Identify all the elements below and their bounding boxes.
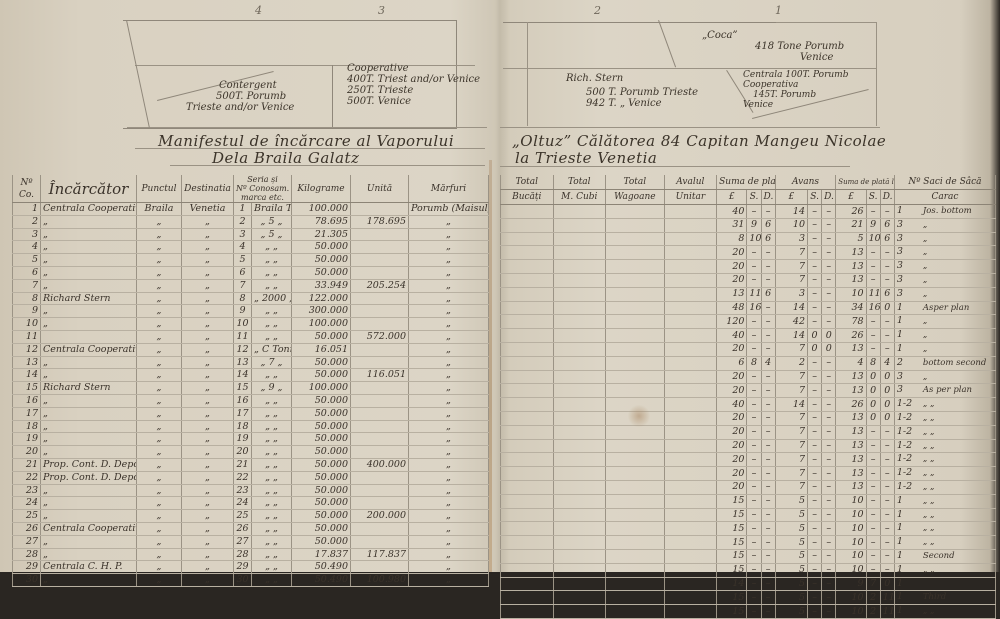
cell-shipper: „ — [41, 369, 137, 382]
cell-total — [351, 433, 409, 446]
cell-empty — [553, 356, 606, 370]
sacks-note: „ „ — [923, 523, 935, 533]
cell-a_d: 0 — [822, 329, 836, 343]
ledger-row: 11„„11„ „50.000572.000„ — [13, 330, 489, 343]
cell-f_l: 20 — [717, 384, 747, 398]
cell-sacks-note: 1-2„ „ — [894, 398, 995, 412]
cell-a_d: – — [822, 398, 836, 412]
cell-conos: 22 — [234, 471, 252, 484]
sacks-note: „ „ — [923, 537, 935, 547]
cell-sacks-note: 2bottom second — [894, 356, 995, 370]
cell-dest: „ — [182, 279, 234, 292]
cell-f_s: – — [747, 398, 761, 412]
cell-f_d: – — [761, 315, 775, 329]
cell-a_s: – — [808, 453, 822, 467]
ledger-row: 20––70013––1„ — [501, 342, 996, 356]
cell-b_l: 13 — [836, 370, 866, 384]
ledger-row: 15––5––10––1„ „ — [501, 536, 996, 550]
cell-f_s: – — [747, 205, 761, 219]
cell-dest: „ — [182, 228, 234, 241]
cell-dest: „ — [182, 420, 234, 433]
cell-a_s: 0 — [808, 342, 822, 356]
cell-mark: „ „ — [252, 535, 292, 548]
cell-empty — [501, 246, 554, 260]
cell-port: „ — [137, 484, 182, 497]
cell-empty — [501, 522, 554, 536]
cell-shipper: „ — [41, 356, 137, 369]
cell-a_s: – — [808, 563, 822, 572]
cell-f_d: – — [761, 549, 775, 563]
cell-nr: 9 — [13, 305, 41, 318]
cell-nr: 26 — [13, 522, 41, 535]
cell-f_s: – — [747, 549, 761, 563]
cell-kg: 50.000 — [292, 433, 351, 446]
cell-kg: 122.000 — [292, 292, 351, 305]
cell-empty — [501, 218, 554, 232]
col-total-pieces-header: Total — [501, 175, 554, 190]
cell-b_d: – — [880, 315, 894, 329]
cell-shipper: „ — [41, 318, 137, 331]
hold-1-top-cargo: 418 Tone Porumb Venice — [755, 41, 844, 63]
ledger-row: 15––5––10––1„ „ — [501, 563, 996, 572]
ledger-row: 20––7––13––3„ — [501, 260, 996, 274]
cell-empty — [553, 246, 606, 260]
cell-b_s: – — [866, 342, 880, 356]
cell-nr: 5 — [13, 254, 41, 267]
cell-total — [351, 471, 409, 484]
cell-f_d: – — [761, 329, 775, 343]
cell-empty — [553, 522, 606, 536]
cell-a_l: 7 — [775, 273, 807, 287]
cell-empty — [606, 342, 665, 356]
ledger-row: 1Centrala CooperativaBrailaVenetia1Brail… — [13, 203, 489, 216]
cell-empty — [553, 398, 606, 412]
cell-b_s: – — [866, 205, 880, 219]
cell-b_s: – — [866, 467, 880, 481]
cell-dest: „ — [182, 561, 234, 572]
cell-port: „ — [137, 458, 182, 471]
cell-total — [351, 228, 409, 241]
cell-f_l: 20 — [717, 425, 747, 439]
cell-sacks-note: 3„ — [894, 287, 995, 301]
col-units-header: Unită — [351, 175, 409, 203]
cell-empty — [664, 467, 717, 481]
cell-nr: 8 — [13, 292, 41, 305]
cell-dest: „ — [182, 356, 234, 369]
cell-empty — [553, 411, 606, 425]
cell-b_l: 13 — [836, 439, 866, 453]
hold-number-2: 2 — [594, 4, 601, 17]
cell-f_l: 15 — [717, 563, 747, 572]
cell-conos: 7 — [234, 279, 252, 292]
sacks-count: 3 — [897, 246, 923, 258]
sacks-count: 1 — [897, 315, 923, 327]
cell-empty — [664, 273, 717, 287]
cell-total — [351, 561, 409, 572]
cell-port: „ — [137, 471, 182, 484]
cell-port: „ — [137, 241, 182, 254]
cell-sacks-note: 1Jos. bottom — [894, 205, 995, 219]
cell-f_d: – — [761, 246, 775, 260]
cell-a_d: – — [822, 522, 836, 536]
cell-empty — [501, 329, 554, 343]
cell-mark: „ „ — [252, 330, 292, 343]
cell-total — [351, 254, 409, 267]
sacks-note: „ „ — [923, 441, 935, 451]
cell-empty — [501, 384, 554, 398]
cell-nr: 2 — [13, 215, 41, 228]
cell-total — [351, 241, 409, 254]
cell-mark: Braila Tonne — [252, 203, 292, 216]
cell-nr: 12 — [13, 343, 41, 356]
cell-empty — [664, 205, 717, 219]
cell-empty — [664, 494, 717, 508]
cell-a_s: – — [808, 425, 822, 439]
cell-empty — [664, 522, 717, 536]
cell-f_s: – — [747, 467, 761, 481]
cell-kg: 50.000 — [292, 394, 351, 407]
cell-mark: „ „ — [252, 369, 292, 382]
cell-empty — [501, 370, 554, 384]
cell-goods: „ — [409, 394, 489, 407]
cell-a_d: – — [822, 232, 836, 246]
cell-b_l: 10 — [836, 287, 866, 301]
cell-a_l: 5 — [775, 494, 807, 508]
cell-mark: „ „ — [252, 254, 292, 267]
cell-empty — [664, 301, 717, 315]
cell-b_d: – — [880, 260, 894, 274]
cell-a_d: – — [822, 549, 836, 563]
cell-empty — [501, 342, 554, 356]
cell-b_s: – — [866, 273, 880, 287]
cell-a_s: – — [808, 536, 822, 550]
cell-empty — [606, 205, 665, 219]
cell-sacks-note: 1„ — [894, 315, 995, 329]
cell-empty — [553, 232, 606, 246]
cell-goods: „ — [409, 254, 489, 267]
cell-dest: „ — [182, 318, 234, 331]
cell-b_l: 5 — [836, 232, 866, 246]
cell-a_s: – — [808, 218, 822, 232]
cell-f_l: 20 — [717, 480, 747, 494]
cell-a_s: – — [808, 439, 822, 453]
cell-sacks-note: 3„ — [894, 273, 995, 287]
sacks-count: 3 — [897, 260, 923, 272]
cell-mark: „ „ — [252, 446, 292, 459]
paper-stain — [628, 404, 650, 428]
cell-port: „ — [137, 292, 182, 305]
cell-f_l: 15 — [717, 508, 747, 522]
ledger-row: 319610––21963„ — [501, 218, 996, 232]
cell-a_s: – — [808, 384, 822, 398]
cell-empty — [664, 287, 717, 301]
cell-total — [351, 522, 409, 535]
cell-b_l: 13 — [836, 480, 866, 494]
cell-empty — [501, 536, 554, 550]
cell-f_d: – — [761, 508, 775, 522]
cell-a_l: 5 — [775, 508, 807, 522]
cell-b_d: 6 — [880, 232, 894, 246]
cell-b_d: – — [880, 273, 894, 287]
cell-b_d: 0 — [880, 301, 894, 315]
ledger-row: 12Centrala Cooperativa„„12„ C Tonne16.05… — [13, 343, 489, 356]
cell-a_l: 7 — [775, 411, 807, 425]
cell-sacks-note: 1-2„ „ — [894, 453, 995, 467]
cell-goods: „ — [409, 369, 489, 382]
cell-total — [351, 343, 409, 356]
cell-conos: 13 — [234, 356, 252, 369]
cell-empty — [553, 467, 606, 481]
cell-a_d: – — [822, 411, 836, 425]
cell-a_d: – — [822, 315, 836, 329]
cell-a_l: 7 — [775, 467, 807, 481]
cell-conos: 24 — [234, 497, 252, 510]
cell-nr: 27 — [13, 535, 41, 548]
cell-f_d: – — [761, 342, 775, 356]
cell-b_l: 10 — [836, 549, 866, 563]
ledger-row: 15Richard Stern„„15„ 9 „100.000„ — [13, 382, 489, 395]
cell-shipper: „ — [41, 254, 137, 267]
ledger-row: 20––7––13––3„ — [501, 246, 996, 260]
cell-a_l: 5 — [775, 536, 807, 550]
cell-kg: 50.490 — [292, 561, 351, 572]
cell-empty — [501, 453, 554, 467]
cell-shipper: „ — [41, 228, 137, 241]
cell-empty — [606, 301, 665, 315]
cell-f_l: 31 — [717, 218, 747, 232]
cell-port: „ — [137, 254, 182, 267]
cell-b_s: – — [866, 549, 880, 563]
cell-empty — [664, 384, 717, 398]
cell-f_l: 15 — [717, 522, 747, 536]
ledger-row: 13„„„13„ 7 „50.000„ — [13, 356, 489, 369]
cell-empty — [606, 453, 665, 467]
cell-sacks-note: 1„ „ — [894, 522, 995, 536]
cell-b_s: – — [866, 425, 880, 439]
ledger-row: 131163––101163„ — [501, 287, 996, 301]
cell-dest: „ — [182, 446, 234, 459]
cell-f_s: 16 — [747, 301, 761, 315]
cell-conos: 1 — [234, 203, 252, 216]
cell-f_d: 6 — [761, 287, 775, 301]
cell-goods: „ — [409, 510, 489, 523]
cell-shipper: „ — [41, 266, 137, 279]
cell-total — [351, 356, 409, 369]
cell-sacks-note: 3„ — [894, 232, 995, 246]
sacks-count: 3 — [897, 233, 923, 245]
cell-nr: 10 — [13, 318, 41, 331]
cell-dest: „ — [182, 254, 234, 267]
sacks-count: 3 — [897, 371, 923, 383]
ledger-row: 8Richard Stern„„8„ 2000 „122.000„ — [13, 292, 489, 305]
cell-a_l: 7 — [775, 425, 807, 439]
sacks-count: 2 — [897, 357, 923, 369]
cell-f_l: 48 — [717, 301, 747, 315]
cell-sacks-note: 1-2„ „ — [894, 480, 995, 494]
cell-b_d: 0 — [880, 411, 894, 425]
cell-a_l: 14 — [775, 329, 807, 343]
cell-empty — [664, 370, 717, 384]
cell-empty — [606, 273, 665, 287]
cell-empty — [664, 246, 717, 260]
cell-b_l: 10 — [836, 508, 866, 522]
col-nr-header: NºCo. — [13, 175, 41, 203]
sacks-note: „ „ — [923, 510, 935, 520]
cell-total — [351, 446, 409, 459]
cell-f_d: – — [761, 480, 775, 494]
cell-b_s: – — [866, 315, 880, 329]
cell-f_l: 13 — [717, 287, 747, 301]
cell-f_s: – — [747, 411, 761, 425]
cell-empty — [664, 480, 717, 494]
cell-port: „ — [137, 433, 182, 446]
cell-empty — [664, 439, 717, 453]
cell-port: „ — [137, 305, 182, 318]
cell-dest: „ — [182, 241, 234, 254]
left-ledger-body: 1Centrala CooperativaBrailaVenetia1Brail… — [13, 203, 489, 573]
cell-goods: „ — [409, 292, 489, 305]
cell-b_s: 0 — [866, 384, 880, 398]
right-ledger-table: Total Total Total Avalul Suma de plată A… — [500, 175, 996, 572]
cell-sacks-note: 1„ — [894, 329, 995, 343]
sacks-note: „ — [923, 344, 927, 354]
cell-f_d: – — [761, 494, 775, 508]
cell-b_l: 13 — [836, 411, 866, 425]
ledger-row: 3„„„3„ 5 „21.305„ — [13, 228, 489, 241]
cell-empty — [501, 425, 554, 439]
cell-kg: 50.000 — [292, 510, 351, 523]
cell-nr: 25 — [13, 510, 41, 523]
cell-kg: 300.000 — [292, 305, 351, 318]
cell-mark: „ „ — [252, 548, 292, 561]
sacks-count: 1 — [897, 495, 923, 507]
cell-b_d: 0 — [880, 384, 894, 398]
cell-a_l: 14 — [775, 301, 807, 315]
cell-conos: 4 — [234, 241, 252, 254]
cell-conos: 3 — [234, 228, 252, 241]
cell-a_d: – — [822, 494, 836, 508]
cell-kg: 21.305 — [292, 228, 351, 241]
cell-a_l: 7 — [775, 342, 807, 356]
ledger-row: 40––14––26––1Jos. bottom — [501, 205, 996, 219]
cell-f_l: 40 — [717, 398, 747, 412]
cell-empty — [606, 356, 665, 370]
cell-b_l: 13 — [836, 260, 866, 274]
col-unit-value-header: Avalul — [664, 175, 717, 190]
hold-number-1: 1 — [775, 4, 782, 17]
cell-b_l: 13 — [836, 246, 866, 260]
cell-empty — [553, 370, 606, 384]
cell-empty — [501, 260, 554, 274]
cell-port: „ — [137, 497, 182, 510]
col-advance-header: Avans — [775, 175, 836, 190]
cell-mark: „ „ — [252, 241, 292, 254]
cell-nr: 22 — [13, 471, 41, 484]
cell-f_s: – — [747, 425, 761, 439]
cell-a_s: – — [808, 370, 822, 384]
cell-kg: 17.837 — [292, 548, 351, 561]
cell-kg: 78.695 — [292, 215, 351, 228]
cell-empty — [501, 494, 554, 508]
cell-conos: 25 — [234, 510, 252, 523]
cell-conos: 28 — [234, 548, 252, 561]
sacks-note: „ „ — [923, 496, 935, 506]
hold-4-cargo: Contergent 500T. Porumb Trieste and/or V… — [213, 80, 294, 113]
cell-b_l: 13 — [836, 467, 866, 481]
cell-f_s: 11 — [747, 287, 761, 301]
cell-sacks-note: 1-2„ „ — [894, 411, 995, 425]
cell-nr: 1 — [13, 203, 41, 216]
sacks-count: 1-2 — [897, 412, 923, 424]
cell-f_l: 8 — [717, 232, 747, 246]
cell-b_l: 10 — [836, 522, 866, 536]
cell-total — [351, 497, 409, 510]
cell-f_d: – — [761, 384, 775, 398]
cell-a_l: 14 — [775, 205, 807, 219]
cell-empty — [501, 287, 554, 301]
cell-f_d: 6 — [761, 232, 775, 246]
cell-f_d: – — [761, 522, 775, 536]
cell-total — [351, 305, 409, 318]
cell-a_s: 0 — [808, 329, 822, 343]
cell-goods: „ — [409, 420, 489, 433]
cell-f_s: 8 — [747, 356, 761, 370]
cell-goods: „ — [409, 343, 489, 356]
cell-shipper: „ — [41, 510, 137, 523]
cell-nr: 20 — [13, 446, 41, 459]
cell-total: 400.000 — [351, 458, 409, 471]
cell-a_s: – — [808, 494, 822, 508]
cell-port: „ — [137, 330, 182, 343]
cell-empty — [664, 425, 717, 439]
cell-empty — [664, 329, 717, 343]
cell-nr: 6 — [13, 266, 41, 279]
cell-empty — [606, 232, 665, 246]
sacks-note: „ „ — [923, 468, 935, 478]
cell-sacks-note: 3„ — [894, 260, 995, 274]
cell-f_s: – — [747, 273, 761, 287]
cell-empty — [664, 563, 717, 572]
cell-port: „ — [137, 356, 182, 369]
sacks-count: 1-2 — [897, 398, 923, 410]
ledger-row: 20––7––13––3„ — [501, 273, 996, 287]
cell-sacks-note: 1Asper plan — [894, 301, 995, 315]
cell-empty — [553, 329, 606, 343]
left-ledger-table: NºCo. Încărcător Punctul Destinatia Seri… — [12, 175, 489, 572]
cell-kg: 50.000 — [292, 254, 351, 267]
cell-empty — [606, 246, 665, 260]
cell-shipper: „ — [41, 446, 137, 459]
cell-nr: 4 — [13, 241, 41, 254]
cell-mark: „ „ — [252, 471, 292, 484]
cell-conos: 12 — [234, 343, 252, 356]
cell-sacks-note: 1„ „ — [894, 494, 995, 508]
cell-empty — [606, 329, 665, 343]
cell-kg: 100.000 — [292, 203, 351, 216]
cell-mark: „ „ — [252, 279, 292, 292]
cell-b_d: – — [880, 453, 894, 467]
cell-f_l: 40 — [717, 205, 747, 219]
ledger-row: 16„„„16„ „50.000„ — [13, 394, 489, 407]
cell-dest: „ — [182, 305, 234, 318]
cell-empty — [606, 536, 665, 550]
cell-dest: „ — [182, 497, 234, 510]
cell-empty — [606, 287, 665, 301]
cell-nr: 11 — [13, 330, 41, 343]
cell-b_l: 26 — [836, 398, 866, 412]
cell-dest: „ — [182, 394, 234, 407]
hold-1-bottom-cargo: Centrala 100T. Porumb Cooperativa 145T. … — [743, 70, 848, 110]
